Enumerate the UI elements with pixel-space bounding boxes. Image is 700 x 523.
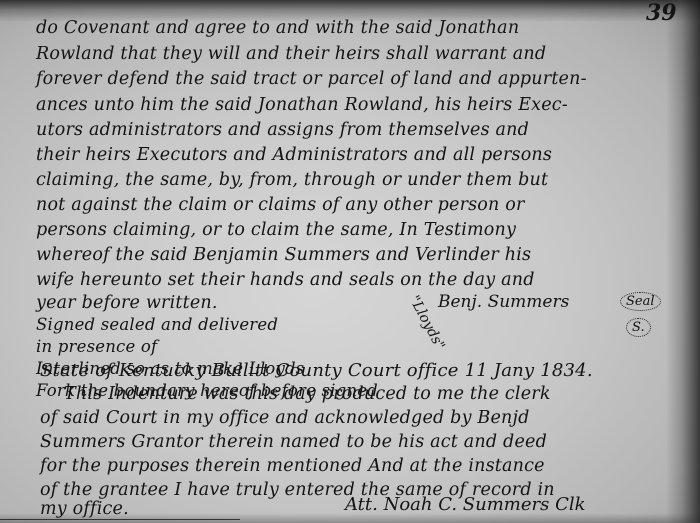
certificate-line: my office. <box>40 499 129 519</box>
certificate-line: Summers Grantor therein named to be his … <box>40 432 547 452</box>
certificate-line: of said Court in my office and acknowled… <box>40 408 530 428</box>
clerk-signature: Att. Noah C. Summers Clk <box>345 494 586 515</box>
attestation-line: in presence of <box>36 337 157 356</box>
grantor-signature: Benj. Summers <box>438 292 569 312</box>
deed-line: their heirs Executors and Administrators… <box>36 145 552 165</box>
deed-line: claiming, the same, by, from, through or… <box>36 170 548 190</box>
certificate-line: for the purposes therein mentioned And a… <box>40 456 545 476</box>
deed-line: year before written. <box>36 293 218 313</box>
certificate-heading: State of Kentucky Bullitt County Court o… <box>40 360 593 381</box>
document-page: 39 do Covenant and agree to and with the… <box>0 0 700 523</box>
page-number: 39 <box>646 0 677 26</box>
deed-line: forever defend the said tract or parcel … <box>36 69 587 89</box>
deed-line: persons claiming, or to claim the same, … <box>36 220 516 240</box>
scan-right-edge <box>666 0 700 523</box>
seal-mark: S. <box>626 318 651 337</box>
certificate-line: This Indenture was this day produced to … <box>64 384 551 404</box>
deed-line: ances unto him the said Jonathan Rowland… <box>36 95 568 115</box>
deed-line: utors administrators and assigns from th… <box>36 120 529 140</box>
bottom-rule <box>0 519 240 520</box>
deed-line: Rowland that they will and their heirs s… <box>36 44 546 64</box>
deed-line: whereof the said Benjamin Summers and Ve… <box>36 245 531 265</box>
deed-line: wife hereunto set their hands and seals … <box>36 270 535 290</box>
deed-line: not against the claim or claims of any o… <box>36 195 525 215</box>
deed-line: do Covenant and agree to and with the sa… <box>36 18 519 38</box>
seal-mark: Seal <box>620 292 661 311</box>
attestation-line: Signed sealed and delivered <box>36 315 278 334</box>
